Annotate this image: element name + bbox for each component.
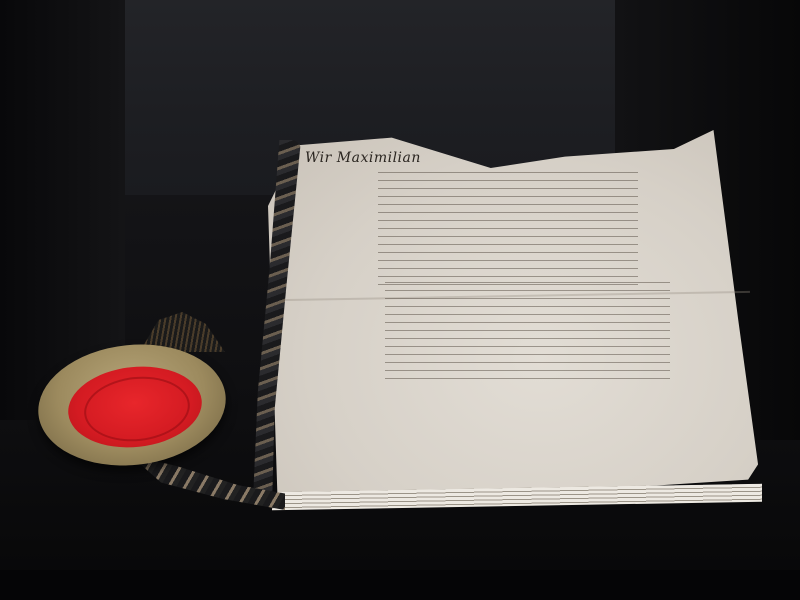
document-heading: Wir Maximilian: [305, 150, 421, 166]
handwritten-text-block: [378, 172, 638, 290]
display-case-photo: Wir Maximilian: [0, 0, 800, 600]
handwritten-text-block: [385, 282, 670, 382]
case-front-edge: [0, 570, 800, 600]
